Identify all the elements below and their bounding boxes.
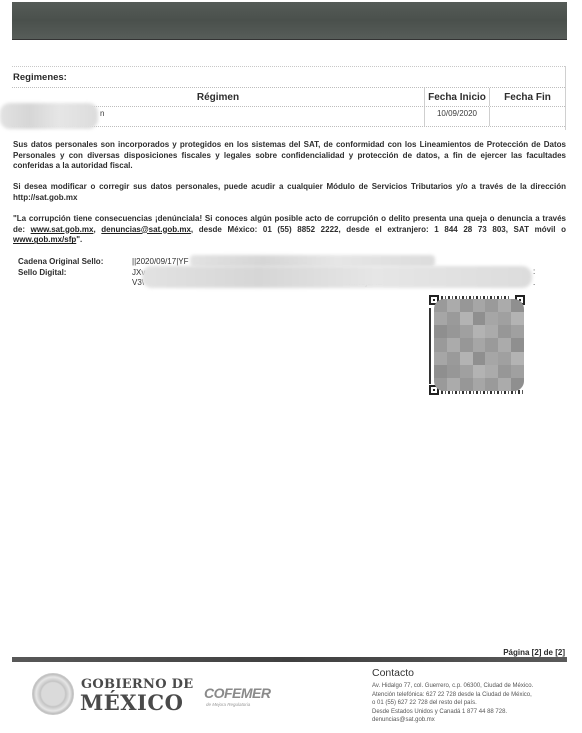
privacy-notice: Sus datos personales son incorporados y … — [13, 140, 566, 172]
corruption-notice: "La corrupción tiene consecuencias ¡denú… — [13, 214, 566, 246]
gobierno-logo-line2: MÉXICO — [80, 690, 183, 715]
regimenes-heading: Regimenes: — [13, 72, 67, 83]
qr-code-redacted — [428, 294, 526, 396]
contact-phone-national: o 01 (55) 627 22 728 del resto del país. — [372, 699, 533, 708]
table-header-row: Régimen Fecha Inicio Fecha Fin — [12, 87, 565, 107]
contact-heading: Contacto — [372, 667, 414, 679]
link-sat[interactable]: www.sat.gob.mx — [31, 225, 94, 234]
section-border — [565, 66, 566, 130]
contact-info: Av. Hidalgo 77, col. Guerrero, c.p. 0630… — [372, 682, 533, 725]
contact-address: Av. Hidalgo 77, col. Guerrero, c.p. 0630… — [372, 682, 533, 691]
sello-digital-line1-end: : — [533, 267, 535, 276]
link-denuncias-email[interactable]: denuncias@sat.gob.mx — [101, 225, 191, 234]
cell-fecha-inicio: 10/09/2020 — [424, 107, 490, 126]
redaction-sello-digital — [142, 266, 532, 288]
contact-email: denuncias@sat.gob.mx — [372, 716, 533, 725]
sello-labels: Cadena Original Sello: Sello Digital: — [18, 257, 103, 278]
corruption-text-contacts: , desde México: 01 (55) 8852 2222, desde… — [191, 225, 566, 234]
column-header-fecha-inicio: Fecha Inicio — [424, 88, 490, 106]
cofemer-subtitle: de Mejora Regulatoria — [206, 702, 250, 707]
cell-fecha-fin — [490, 107, 565, 126]
corruption-text-end: ". — [76, 235, 82, 244]
mexico-seal-icon — [32, 673, 74, 715]
cofemer-logo: COFEMER — [204, 685, 271, 701]
modify-data-notice: Si desea modificar o corregir sus datos … — [13, 182, 566, 203]
contact-phone-us-canada: Desde Estados Unidos y Canadá 1 877 44 8… — [372, 708, 533, 717]
cadena-original-label: Cadena Original Sello: — [18, 257, 103, 268]
sello-digital-line2-end: . — [533, 278, 535, 287]
page-number: Página [2] de [2] — [503, 648, 565, 657]
link-sfp[interactable]: www.gob.mx/sfp — [13, 235, 76, 244]
column-header-fecha-fin: Fecha Fin — [490, 88, 565, 106]
footer-band — [12, 657, 567, 662]
header-banner-redacted — [12, 2, 567, 40]
redaction-regimen — [0, 103, 98, 129]
section-divider — [12, 66, 565, 67]
sello-digital-label: Sello Digital: — [18, 268, 103, 279]
qr-redaction-mosaic — [434, 299, 524, 391]
contact-phone-cdmx: Atención telefónica: 627 22 728 desde la… — [372, 691, 533, 700]
qr-pattern — [429, 308, 433, 384]
